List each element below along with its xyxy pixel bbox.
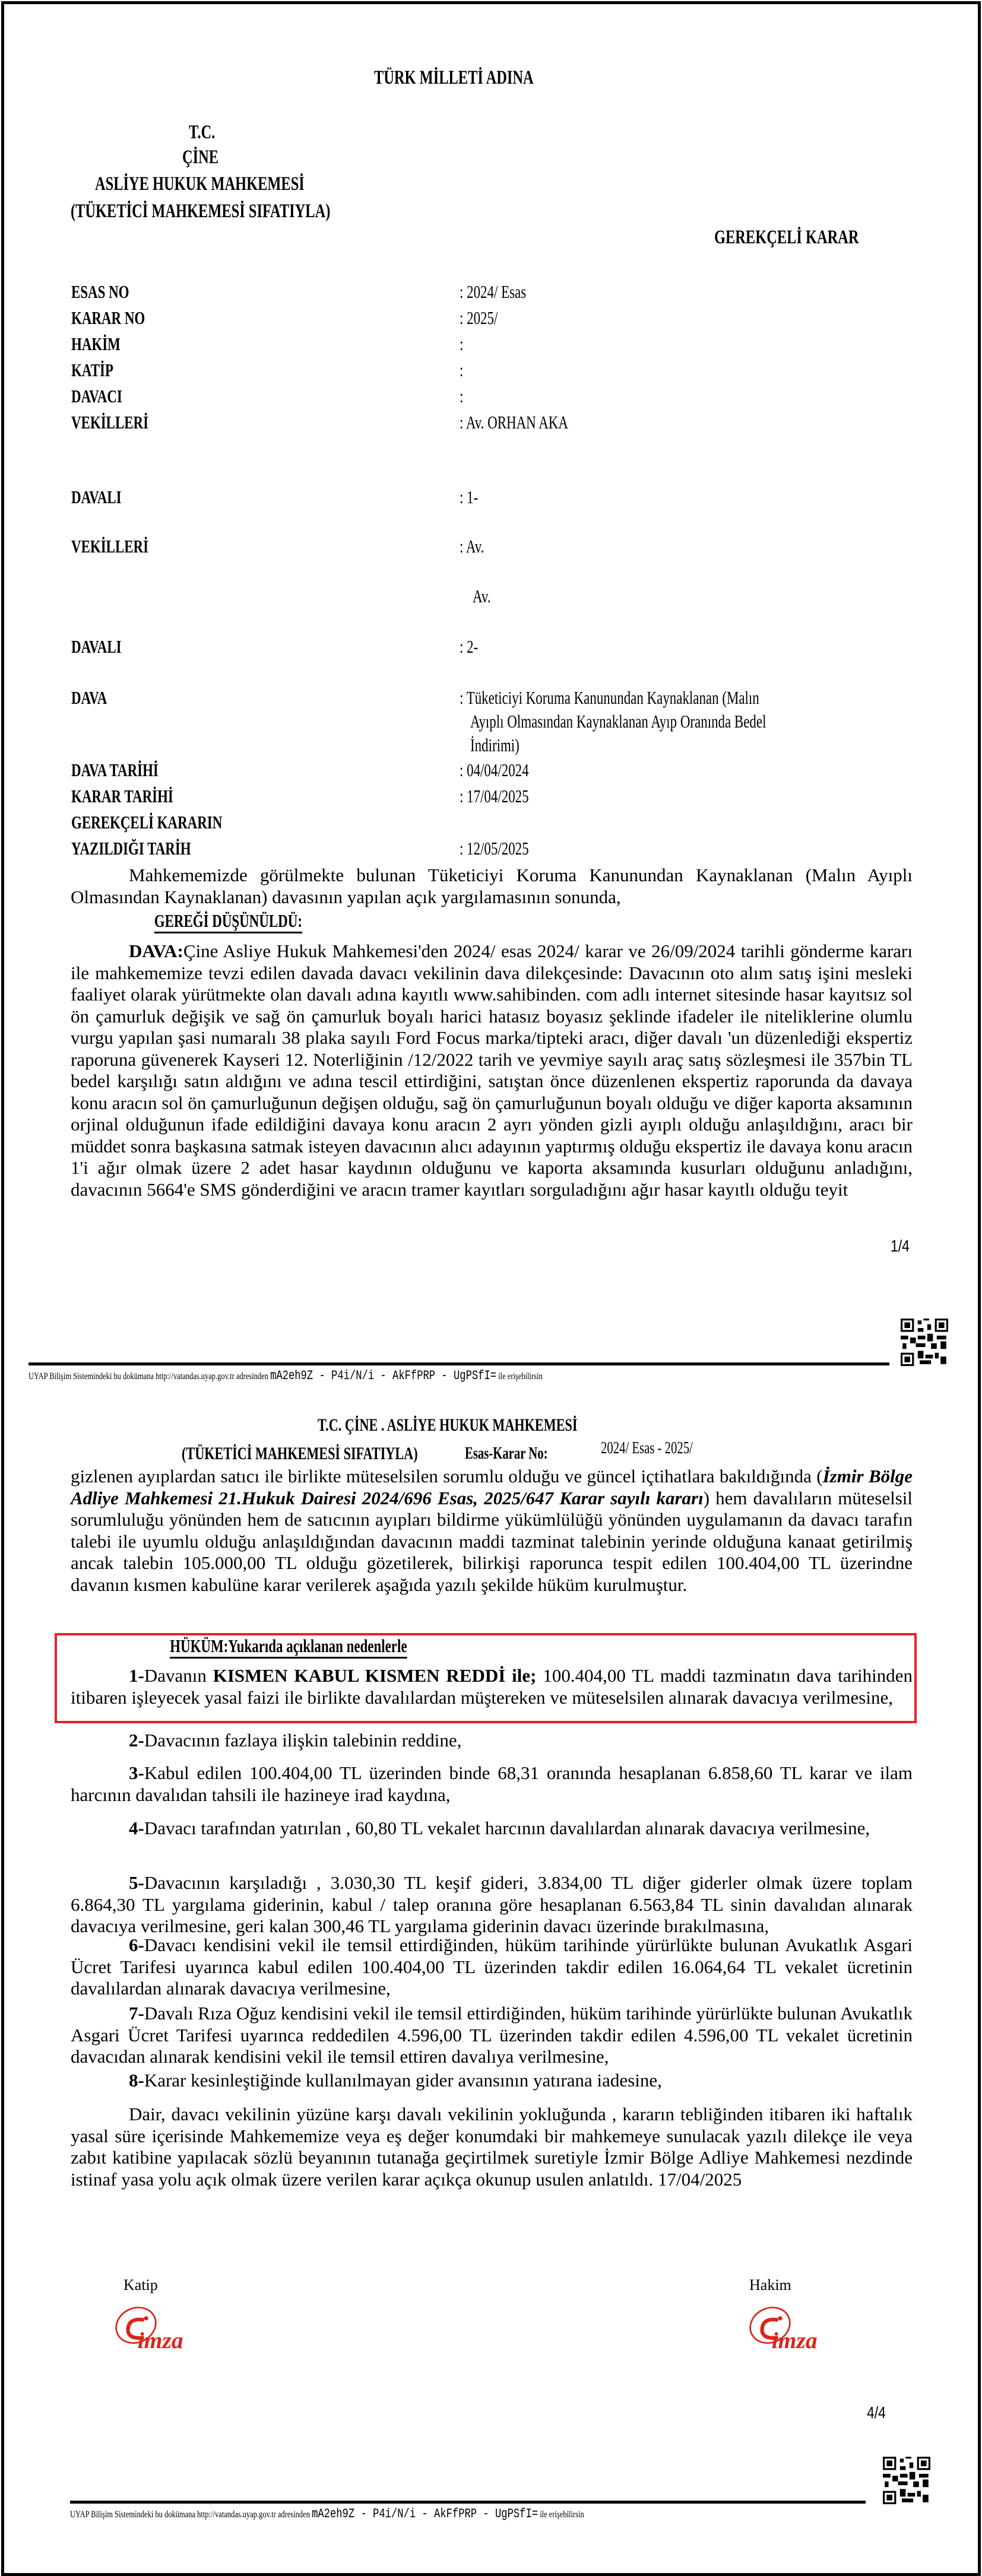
dava-label: DAVA: bbox=[129, 941, 183, 961]
field-value-hakim: : bbox=[460, 333, 463, 355]
field-value-katip: : bbox=[460, 360, 463, 381]
section-title-hukum: HÜKÜM:Yukarıda açıklanan nedenlerle bbox=[170, 1635, 407, 1659]
field-value-dava-line3: İndirimi) bbox=[470, 735, 519, 756]
footer-divider-2 bbox=[70, 2501, 866, 2504]
field-label-esas-no: ESAS NO bbox=[71, 281, 129, 303]
item-number: 6- bbox=[129, 1935, 144, 1955]
court-name: ASLİYE HUKUK MAHKEMESİ bbox=[95, 173, 305, 195]
court-capacity: (TÜKETİCİ MAHKEMESİ SIFATIYLA) bbox=[71, 201, 330, 223]
verification-code: mA2eh9Z - P4i/N/i - AkFfPRP - UgPSfI= bbox=[270, 1368, 496, 1383]
footer-suffix: ile erişebilirsin bbox=[540, 2510, 584, 2520]
svg-text:imza: imza bbox=[138, 2327, 183, 2353]
field-value-dava-line2: Ayıplı Olmasından Kaynaklanan Ayıp Oranı… bbox=[470, 711, 766, 732]
field-label-dava: DAVA bbox=[71, 687, 107, 709]
field-label-davali-vekilleri: VEKİLLERİ bbox=[71, 536, 148, 557]
field-value-davaci: : bbox=[460, 386, 463, 407]
item-text: Kabul edilen 100.404,00 TL üzerinden bin… bbox=[71, 1762, 913, 1805]
field-value-davali-vekilleri: : Av. bbox=[460, 536, 484, 557]
field-label-dava-tarihi: DAVA TARİHİ bbox=[71, 760, 159, 781]
page-number-1: 1/4 bbox=[891, 1237, 910, 1256]
footer-verification-1: UYAP Bilişim Sistemindeki bu dokümana ht… bbox=[28, 1368, 543, 1383]
hukum-item-2: 2-Davacının fazlaya ilişkin talebinin re… bbox=[71, 1730, 913, 1752]
qr-code-icon bbox=[901, 1319, 948, 1366]
item-text: Davacı kendisini vekil ile temsil ettird… bbox=[71, 1935, 913, 1999]
item-text: Davacının karşıladığı , 3.030,30 TL keşi… bbox=[71, 1872, 913, 1936]
hukum-item-3: 3-Kabul edilen 100.404,00 TL üzerinden b… bbox=[71, 1762, 913, 1806]
field-value-davali-2: : 2- bbox=[460, 636, 478, 658]
closing-text: Dair, davacı vekilinin yüzüne karşı dava… bbox=[71, 2104, 913, 2190]
footer-suffix: ile erişebilirsin bbox=[498, 1371, 543, 1381]
footer-prefix: UYAP Bilişim Sistemindeki bu dokümana ht… bbox=[70, 2510, 310, 2520]
field-label-davaci-vekilleri: VEKİLLERİ bbox=[71, 412, 148, 433]
hukum-item-1: 1-Davanın KISMEN KABUL KISMEN REDDİ ile;… bbox=[71, 1665, 913, 1708]
item-text: Karar kesinleştiğinde kullanılmayan gide… bbox=[144, 2070, 662, 2091]
field-value-dava-tarihi: : 04/04/2024 bbox=[460, 760, 529, 781]
field-value-yazildigi-tarih: : 12/05/2025 bbox=[460, 838, 529, 859]
field-label-davaci: DAVACI bbox=[71, 386, 122, 407]
hukum-item-5: 5-Davacının karşıladığı , 3.030,30 TL ke… bbox=[71, 1872, 913, 1937]
page2-esas-karar-value: 2024/ Esas - 2025/ bbox=[601, 1439, 693, 1458]
field-value-davali-vekilleri-2: Av. bbox=[473, 586, 491, 607]
item-number: 1- bbox=[129, 1665, 144, 1686]
intro-text: Mahkememizde görülmekte bulunan Tüketici… bbox=[71, 865, 913, 907]
page2-esas-karar-label: Esas-Karar No: bbox=[465, 1444, 547, 1463]
field-label-davali-1: DAVALI bbox=[71, 487, 122, 508]
signature-label-katip: Katip bbox=[123, 2276, 158, 2294]
item-number: 8- bbox=[129, 2070, 144, 2091]
item-pre: Davanın bbox=[144, 1665, 213, 1686]
signature-label-hakim: Hakim bbox=[749, 2276, 791, 2294]
field-value-dava: : Tüketiciyi Koruma Kanunundan Kaynaklan… bbox=[460, 687, 759, 709]
dava-paragraph: DAVA:Çine Asliye Hukuk Mahkemesi'den 202… bbox=[71, 941, 913, 1200]
field-value-esas-no: : 2024/ Esas bbox=[460, 281, 526, 303]
page2-header-capacity: (TÜKETİCİ MAHKEMESİ SIFATIYLA) bbox=[182, 1444, 418, 1464]
continuation-paragraph: gizlenen ayıplardan satıcı ile birlikte … bbox=[71, 1466, 913, 1596]
footer-divider-1 bbox=[28, 1362, 889, 1365]
hukum-item-4: 4-Davacı tarafından yatırılan , 60,80 TL… bbox=[71, 1818, 913, 1840]
intro-paragraph: Mahkememizde görülmekte bulunan Tüketici… bbox=[71, 865, 913, 908]
dava-text: Çine Asliye Hukuk Mahkemesi'den 2024/ es… bbox=[71, 941, 913, 1200]
footer-prefix: UYAP Bilişim Sistemindeki bu dokümana ht… bbox=[28, 1371, 268, 1381]
page-number-4: 4/4 bbox=[867, 2403, 886, 2422]
item-text: Davacı tarafından yatırılan , 60,80 TL v… bbox=[144, 1818, 870, 1838]
hukum-item-6: 6-Davacı kendisini vekil ile temsil etti… bbox=[71, 1935, 913, 2000]
field-value-karar-no: : 2025/ bbox=[460, 307, 498, 329]
e-signature-katip-icon: imza bbox=[107, 2301, 208, 2355]
court-tc: T.C. bbox=[189, 122, 215, 144]
qr-code-icon bbox=[883, 2457, 930, 2504]
item-number: 7- bbox=[129, 2003, 144, 2024]
section-title-geregi-dusunuldu: GEREĞİ DÜŞÜNÜLDÜ: bbox=[154, 910, 302, 933]
item-text: Davalı Rıza Oğuz kendisini vekil ile tem… bbox=[71, 2003, 913, 2067]
field-value-davaci-vekilleri: : Av. ORHAN AKA bbox=[460, 412, 568, 433]
field-label-yazildigi-tarih: YAZILDIĞI TARİH bbox=[71, 838, 191, 859]
item-text: Davacının fazlaya ilişkin talebinin redd… bbox=[144, 1730, 462, 1751]
field-label-katip: KATİP bbox=[71, 360, 113, 381]
document-type: GEREKÇELİ KARAR bbox=[714, 227, 859, 249]
e-signature-hakim-icon: imza bbox=[741, 2301, 842, 2355]
field-label-gerekceli-kararin: GEREKÇELİ KARARIN bbox=[71, 812, 222, 833]
continuation-text-a: gizlenen ayıplardan satıcı ile birlikte … bbox=[71, 1466, 823, 1486]
field-label-hakim: HAKİM bbox=[71, 333, 121, 355]
item-number: 3- bbox=[129, 1762, 144, 1783]
item-number: 4- bbox=[129, 1818, 144, 1838]
field-label-davali-2: DAVALI bbox=[71, 636, 122, 658]
hukum-item-8: 8-Karar kesinleştiğinde kullanılmayan gi… bbox=[71, 2070, 913, 2092]
page2-header-court: T.C. ÇİNE . ASLİYE HUKUK MAHKEMESİ bbox=[318, 1415, 577, 1435]
field-label-karar-tarihi: KARAR TARİHİ bbox=[71, 786, 173, 807]
closing-paragraph: Dair, davacı vekilinin yüzüne karşı dava… bbox=[71, 2104, 913, 2190]
footer-verification-2: UYAP Bilişim Sistemindeki bu dokümana ht… bbox=[70, 2507, 584, 2521]
field-value-davali-1: : 1- bbox=[460, 487, 478, 508]
item-bold: KISMEN KABUL KISMEN REDDİ ile; bbox=[213, 1665, 537, 1686]
court-city: ÇİNE bbox=[182, 147, 218, 169]
item-number: 2- bbox=[129, 1730, 144, 1751]
verification-code: mA2eh9Z - P4i/N/i - AkFfPRP - UgPSfI= bbox=[312, 2507, 538, 2521]
item-number: 5- bbox=[129, 1872, 144, 1893]
field-label-karar-no: KARAR NO bbox=[71, 307, 145, 329]
document-heading: TÜRK MİLLETİ ADINA bbox=[374, 67, 534, 89]
svg-text:imza: imza bbox=[772, 2327, 818, 2353]
hukum-item-7: 7-Davalı Rıza Oğuz kendisini vekil ile t… bbox=[71, 2003, 913, 2068]
field-value-karar-tarihi: : 17/04/2025 bbox=[460, 786, 529, 807]
